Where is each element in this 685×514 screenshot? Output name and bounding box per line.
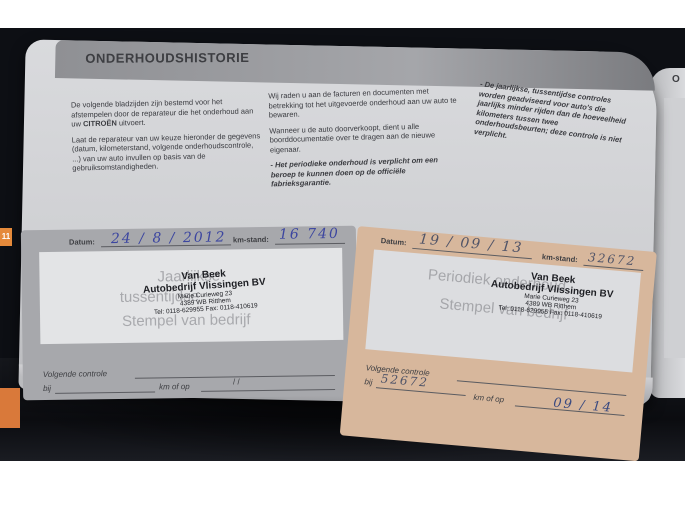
intro-column-3: - De jaarlijkse, tussentijdse controles … bbox=[473, 79, 630, 160]
datum-label: Datum: bbox=[69, 237, 95, 246]
resale-advice: Wanneer u de auto doorverkoopt, dient u … bbox=[269, 120, 460, 154]
intro-paragraph-1: De volgende bladzijden zijn bestemd voor… bbox=[71, 96, 262, 129]
photo: O ONDERHOUDSHISTORIE De volgende bladzij… bbox=[0, 28, 685, 461]
intro-column-2: Wij raden u aan de facturen en documente… bbox=[268, 86, 461, 195]
datum-value: 24 / 8 / 2012 bbox=[111, 229, 227, 247]
stamp-area: Periodiek onderhoud Stempel van bedrijf … bbox=[365, 249, 641, 372]
bij-label: bij bbox=[364, 377, 373, 387]
page-number-tab: 11 bbox=[0, 228, 12, 246]
annual-check-note: - De jaarlijkse, tussentijdse controles … bbox=[474, 79, 630, 154]
dealer-stamp: Van Beek Autobedrijf Vlissingen BV Marie… bbox=[108, 264, 300, 319]
intro-column-1: De volgende bladzijden zijn bestemd voor… bbox=[71, 96, 263, 179]
intro-paragraph-2: Laat de reparateur van uw keuze hieronde… bbox=[72, 131, 263, 173]
km-stand-label: km-stand: bbox=[233, 235, 269, 244]
service-entry-2: Datum: 19 / 09 / 13 km-stand: 32672 Peri… bbox=[340, 226, 657, 461]
km-of-op-label: km of op bbox=[473, 393, 504, 405]
km-of-op-value: / / bbox=[233, 377, 240, 386]
page-title: ONDERHOUDSHISTORIE bbox=[85, 50, 249, 66]
datum-label: Datum: bbox=[380, 236, 407, 247]
km-of-op-label: km of op bbox=[159, 382, 190, 391]
invoice-advice: Wij raden u aan de facturen en documente… bbox=[268, 86, 459, 120]
km-of-op-value: 09 / 14 bbox=[553, 396, 614, 416]
next-page-heading: O bbox=[672, 74, 680, 85]
header-band: ONDERHOUDSHISTORIE bbox=[55, 40, 656, 91]
warranty-note: - Het periodieke onderhoud is verplicht … bbox=[270, 155, 461, 189]
km-stand-label: km-stand: bbox=[542, 252, 578, 264]
stamp-area: Jaarlijkse tussentijdse Stempel van bedr… bbox=[39, 248, 343, 344]
bij-value: 52672 bbox=[380, 372, 429, 390]
service-entry-1: Datum: 24 / 8 / 2012 km-stand: 16 740 Ja… bbox=[21, 226, 358, 401]
km-stand-value: 16 740 bbox=[279, 226, 340, 243]
brand-name: CITROËN bbox=[83, 119, 117, 129]
next-check-label: Volgende controle bbox=[43, 369, 107, 379]
bij-label: bij bbox=[43, 384, 51, 393]
